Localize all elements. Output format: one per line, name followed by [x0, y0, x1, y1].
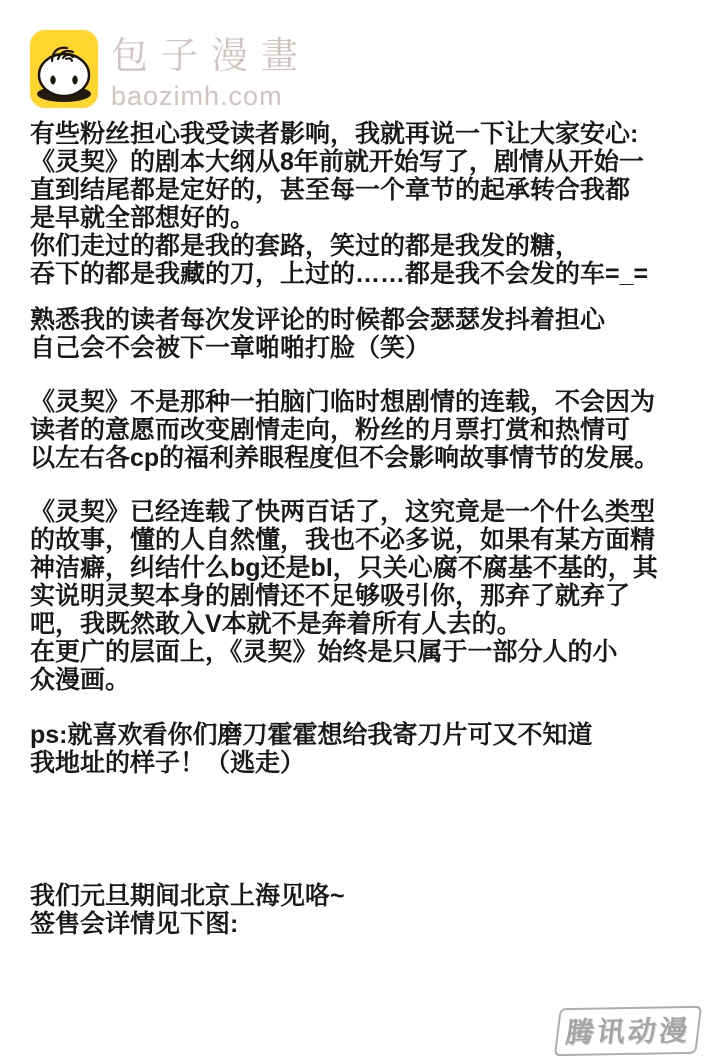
- text-area: 有些粉丝担心我受读者影响，我就再说一下让大家安心:《灵契》的剧本大纲从8年前就开…: [30, 120, 709, 938]
- text-line: 神洁癖，纠结什么bg还是bl，只关心腐不腐基不基的，其: [30, 554, 709, 582]
- text-line: 的故事，懂的人自然懂，我也不必多说，如果有某方面精: [30, 526, 709, 554]
- brand-domain: baozimh.com: [111, 82, 311, 110]
- tencent-comics-watermark: 腾讯动漫: [554, 1006, 702, 1056]
- text-line: 以左右各cp的福利养眼程度但不会影响故事情节的发展。: [30, 444, 709, 472]
- comic-page: 包子漫畫 baozimh.com 有些粉丝担心我受读者影响，我就再说一下让大家安…: [0, 0, 709, 1063]
- text-line: 熟悉我的读者每次发评论的时候都会瑟瑟发抖着担心: [30, 306, 709, 334]
- text-line: 签售会详情见下图:: [30, 910, 709, 938]
- text-line: 自己会不会被下一章啪啪打脸（笑）: [30, 334, 709, 362]
- text-line: 《灵契》不是那种一拍脑门临时想剧情的连载，不会因为: [30, 388, 709, 416]
- text-line: 有些粉丝担心我受读者影响，我就再说一下让大家安心:: [30, 120, 709, 148]
- text-line: 是早就全部想好的。: [30, 204, 709, 232]
- brand-text-block: 包子漫畫 baozimh.com: [111, 30, 311, 110]
- text-line: 实说明灵契本身的剧情还不足够吸引你，那弃了就弃了: [30, 582, 709, 610]
- paragraph: 《灵契》已经连载了快两百话了，这究竟是一个什么类型的故事，懂的人自然懂，我也不必…: [30, 498, 709, 694]
- text-line: 读者的意愿而改变剧情走向，粉丝的月票打赏和热情可: [30, 416, 709, 444]
- paragraph: ps:就喜欢看你们磨刀霍霍想给我寄刀片可又不知道我地址的样子！（逃走）: [30, 721, 709, 777]
- brand-name: 包子漫畫: [111, 36, 311, 76]
- baozi-bun-icon: [30, 30, 98, 108]
- text-line: 吧，我既然敢入V本就不是奔着所有人去的。: [30, 610, 709, 638]
- text-line: ps:就喜欢看你们磨刀霍霍想给我寄刀片可又不知道: [30, 721, 709, 749]
- text-line: 《灵契》的剧本大纲从8年前就开始写了，剧情从开始一: [30, 148, 709, 176]
- paragraph: 熟悉我的读者每次发评论的时候都会瑟瑟发抖着担心自己会不会被下一章啪啪打脸（笑）: [30, 306, 709, 362]
- paragraph: 我们元旦期间北京上海见咯~签售会详情见下图:: [30, 882, 709, 938]
- text-line: 吞下的都是我藏的刀，上过的……都是我不会发的车=_=: [30, 260, 709, 288]
- site-watermark: 包子漫畫 baozimh.com: [30, 30, 311, 110]
- text-line: 直到结尾都是定好的，甚至每一个章节的起承转合我都: [30, 176, 709, 204]
- text-line: 我们元旦期间北京上海见咯~: [30, 882, 709, 910]
- paragraph: 有些粉丝担心我受读者影响，我就再说一下让大家安心:《灵契》的剧本大纲从8年前就开…: [30, 120, 709, 288]
- text-line: 众漫画。: [30, 666, 709, 694]
- text-line: 你们走过的都是我的套路，笑过的都是我发的糖，: [30, 232, 709, 260]
- text-line: 在更广的层面上，《灵契》始终是只属于一部分人的小: [30, 638, 709, 666]
- paragraph: 《灵契》不是那种一拍脑门临时想剧情的连载，不会因为读者的意愿而改变剧情走向，粉丝…: [30, 388, 709, 472]
- text-line: 我地址的样子！（逃走）: [30, 749, 709, 777]
- text-line: 《灵契》已经连载了快两百话了，这究竟是一个什么类型: [30, 498, 709, 526]
